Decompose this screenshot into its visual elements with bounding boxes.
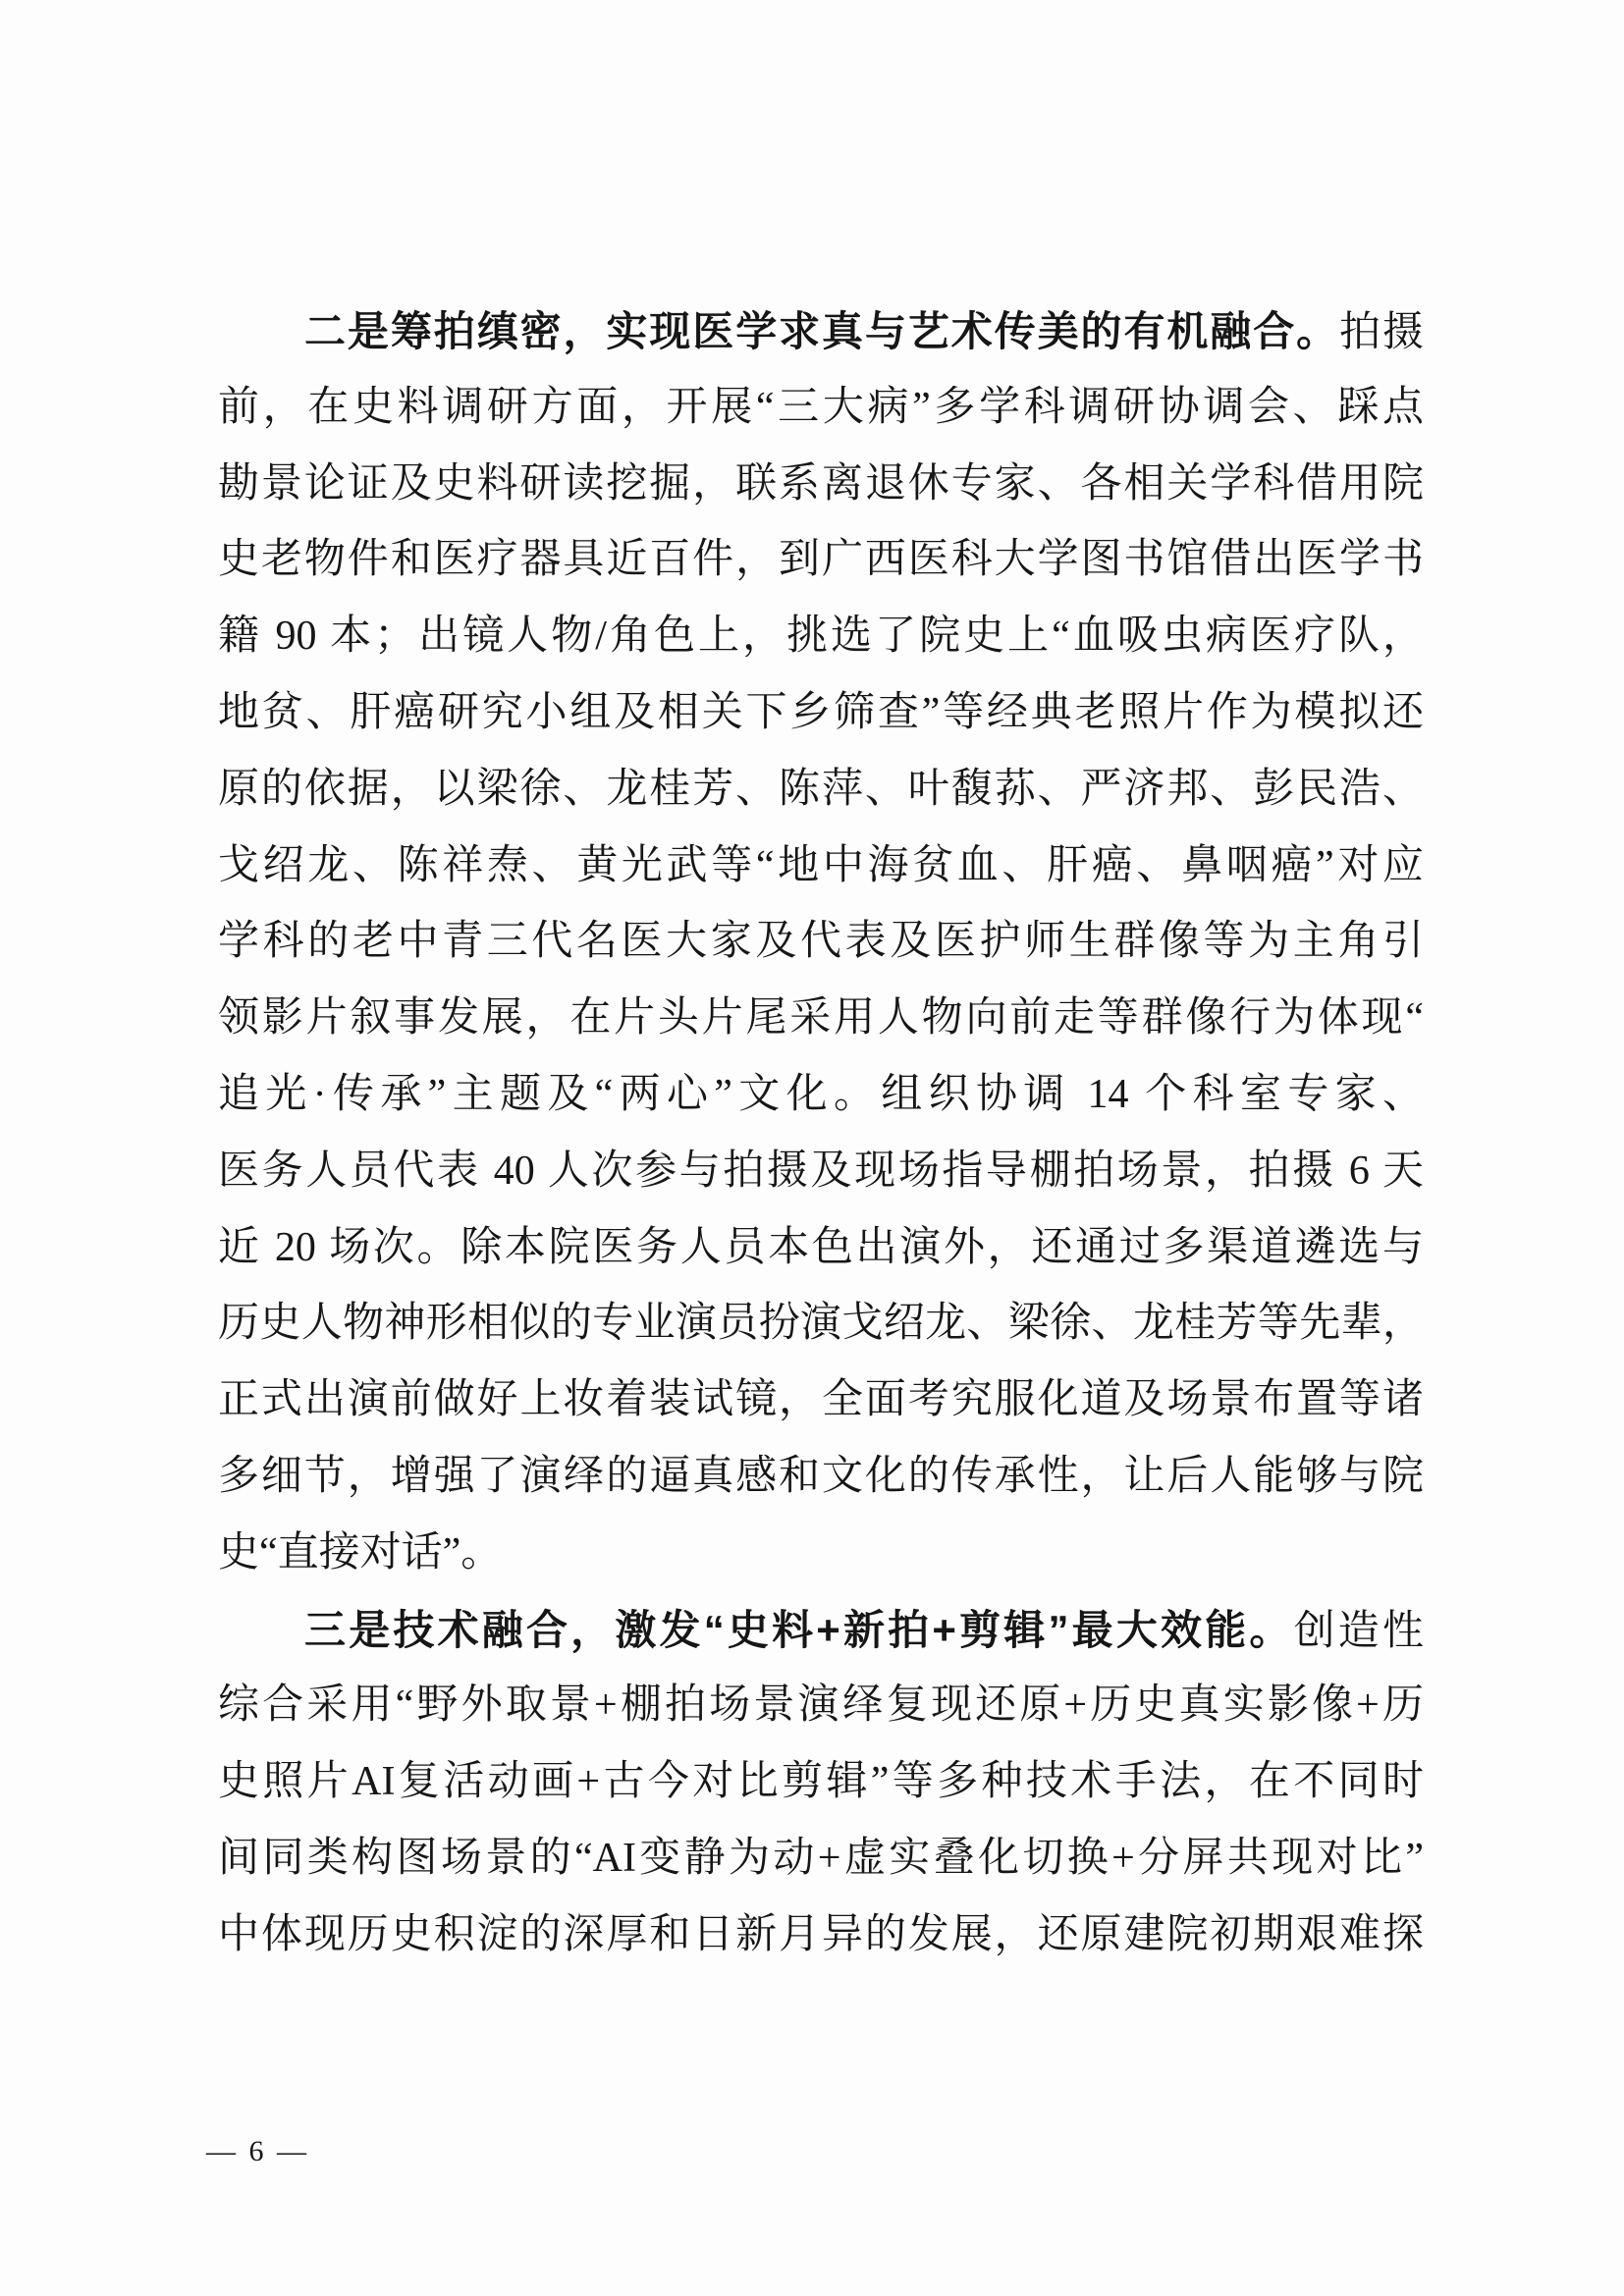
- text-line: 地贫、肝癌研究小组及相关下乡筛查”等经典老照片作为模拟还: [218, 675, 1424, 752]
- body-text: 拍摄: [1339, 310, 1424, 355]
- text-line: 学科的老中青三代名医大家及代表及医护师生群像等为主角引: [218, 904, 1424, 981]
- text-line: 医务人员代表 40 人次参与拍摄及现场指导棚拍场景，拍摄 6 天: [218, 1134, 1424, 1210]
- text-line: 史照片AI复活动画+古今对比剪辑”等多种技术手法，在不同时: [218, 1744, 1424, 1821]
- text-line: 勘景论证及史料研读挖掘，联系离退休专家、各相关学科借用院: [218, 447, 1424, 523]
- body-text: 创造性: [1294, 1609, 1424, 1654]
- body-text: 戈绍龙、陈祥焘、黄光武等“地中海贫血、肝癌、鼻咽癌”对应: [218, 843, 1424, 888]
- body-text: 多细节，增强了演绎的逼真感和文化的传承性，让后人能够与院: [218, 1454, 1424, 1499]
- body-text: 历史人物神形相似的专业演员扮演戈绍龙、梁徐、龙桂芳等先辈，: [218, 1301, 1424, 1346]
- body-text: 籍 90 本；出镜人物/角色上，挑选了院史上“血吸虫病医疗队，: [218, 614, 1424, 659]
- text-line: 近 20 场次。除本院医务人员本色出演外，还通过多渠道遴选与: [218, 1210, 1424, 1287]
- body-text: 地贫、肝癌研究小组及相关下乡筛查”等经典老照片作为模拟还: [218, 690, 1424, 735]
- text-line: 戈绍龙、陈祥焘、黄光武等“地中海贫血、肝癌、鼻咽癌”对应: [218, 828, 1424, 905]
- text-line: 二是筹拍缜密，实现医学求真与艺术传美的有机融合。拍摄: [218, 294, 1424, 370]
- text-line: 正式出演前做好上妆着装试镜，全面考究服化道及场景布置等诸: [218, 1362, 1424, 1439]
- text-line: 史“直接对话”。: [218, 1516, 1424, 1592]
- body-text: 中体现历史积淀的深厚和日新月异的发展，还原建院初期艰难探: [218, 1912, 1424, 1957]
- text-line: 三是技术融合，激发“史料+新拍+剪辑”最大效能。创造性: [218, 1592, 1424, 1669]
- body-text: 勘景论证及史料研读挖掘，联系离退休专家、各相关学科借用院: [218, 461, 1424, 507]
- text-line: 追光·传承”主题及“两心”文化。组织协调 14 个科室专家、: [218, 1057, 1424, 1134]
- body-text: 原的依据，以梁徐、龙桂芳、陈萍、叶馥荪、严济邦、彭民浩、: [218, 767, 1424, 812]
- bold-lead-in-text: 三是技术融合，激发“史料+新拍+剪辑”最大效能。: [304, 1607, 1294, 1653]
- body-text: 领影片叙事发展，在片头片尾采用人物向前走等群像行为体现“: [218, 995, 1424, 1041]
- bold-lead-in-text: 二是筹拍缜密，实现医学求真与艺术传美的有机融合。: [304, 308, 1339, 354]
- page-number: — 6 —: [206, 2132, 309, 2171]
- text-line: 领影片叙事发展，在片头片尾采用人物向前走等群像行为体现“: [218, 981, 1424, 1057]
- body-text: 史“直接对话”。: [218, 1530, 502, 1575]
- text-line: 籍 90 本；出镜人物/角色上，挑选了院史上“血吸虫病医疗队，: [218, 599, 1424, 675]
- text-line: 原的依据，以梁徐、龙桂芳、陈萍、叶馥荪、严济邦、彭民浩、: [218, 752, 1424, 828]
- text-line: 间同类构图场景的“AI变静为动+虚实叠化切换+分屏共现对比”: [218, 1821, 1424, 1897]
- body-text: 医务人员代表 40 人次参与拍摄及现场指导棚拍场景，拍摄 6 天: [218, 1148, 1424, 1194]
- text-line: 前，在史料调研方面，开展“三大病”多学科调研协调会、踩点: [218, 370, 1424, 447]
- body-text: 前，在史料调研方面，开展“三大病”多学科调研协调会、踩点: [218, 385, 1424, 430]
- body-text: 近 20 场次。除本院医务人员本色出演外，还通过多渠道遴选与: [218, 1225, 1424, 1270]
- body-text: 综合采用“野外取景+棚拍场景演绎复现还原+历史真实影像+历: [218, 1682, 1424, 1728]
- body-text: 史照片AI复活动画+古今对比剪辑”等多种技术手法，在不同时: [218, 1759, 1424, 1804]
- body-text: 正式出演前做好上妆着装试镜，全面考究服化道及场景布置等诸: [218, 1377, 1424, 1422]
- body-text: 学科的老中青三代名医大家及代表及医护师生群像等为主角引: [218, 919, 1424, 964]
- text-line: 中体现历史积淀的深厚和日新月异的发展，还原建院初期艰难探: [218, 1897, 1424, 1974]
- text-line: 多细节，增强了演绎的逼真感和文化的传承性，让后人能够与院: [218, 1439, 1424, 1516]
- body-text: 间同类构图场景的“AI变静为动+虚实叠化切换+分屏共现对比”: [218, 1836, 1424, 1881]
- document-body: 二是筹拍缜密，实现医学求真与艺术传美的有机融合。拍摄前，在史料调研方面，开展“三…: [218, 294, 1424, 1974]
- document-page: 二是筹拍缜密，实现医学求真与艺术传美的有机融合。拍摄前，在史料调研方面，开展“三…: [0, 0, 1624, 2296]
- text-line: 综合采用“野外取景+棚拍场景演绎复现还原+历史真实影像+历: [218, 1668, 1424, 1744]
- text-line: 历史人物神形相似的专业演员扮演戈绍龙、梁徐、龙桂芳等先辈，: [218, 1286, 1424, 1362]
- body-text: 追光·传承”主题及“两心”文化。组织协调 14 个科室专家、: [218, 1072, 1424, 1117]
- body-text: 史老物件和医疗器具近百件，到广西医科大学图书馆借出医学书: [218, 537, 1424, 582]
- text-line: 史老物件和医疗器具近百件，到广西医科大学图书馆借出医学书: [218, 522, 1424, 599]
